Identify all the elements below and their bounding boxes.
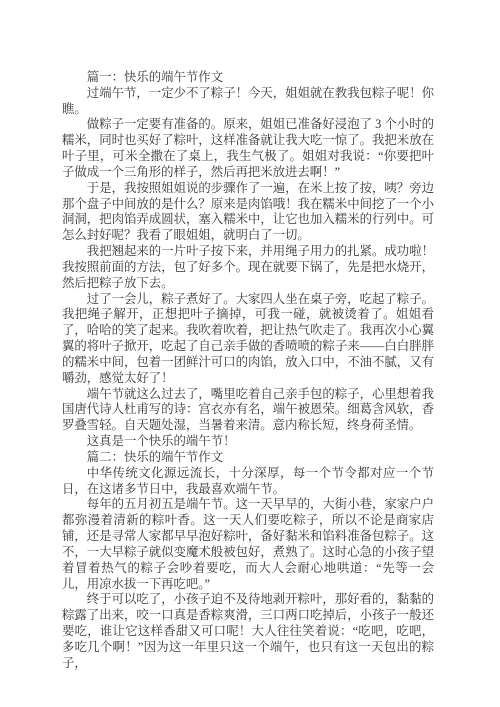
section-title-1: 篇一：快乐的端午节作文 xyxy=(62,70,434,86)
paragraph: 中华传统文化源远流长，十分深厚，每一个节令都对应一个节日，在这诸多节日中，我最喜… xyxy=(62,466,434,498)
paragraph: 每年的五月初五是端午节。这一天早早的，大街小巷，家家户户都弥漫着清新的粽叶香。这… xyxy=(62,497,434,592)
paragraph: 端午节就这么过去了，嘴里吃着自己亲手包的粽子，心里想着我国唐代诗人杜甫写的诗：宫… xyxy=(62,387,434,434)
paragraph: 终于可以吃了，小孩子迫不及待地剥开粽叶，那好看的，黏黏的粽露了出来，咬一口真是香… xyxy=(62,592,434,671)
paragraph: 我把翘起来的一片叶子按下来，并用绳子用力的扎紧。成功啦！我按照前面的方法，包了好… xyxy=(62,244,434,291)
paragraph: 过了一会儿，粽子煮好了。大家四人坐在桌子旁，吃起了粽子。我把绳子解开，正想把叶子… xyxy=(62,292,434,387)
paragraph: 过端午节，一定少不了粽子！今天，姐姐就在教我包粽子呢！你瞧。 xyxy=(62,86,434,118)
paragraph: 于是，我按照姐姐说的步骤作了一遍，在米上按了按，咦？旁边那个盘子中间放的是什么？… xyxy=(62,181,434,244)
essay-text-block: 篇一：快乐的端午节作文过端午节，一定少不了粽子！今天，姐姐就在教我包粽子呢！你瞧… xyxy=(62,70,434,671)
paragraph: 这真是一个快乐的端午节！ xyxy=(62,434,434,450)
paragraph: 做粽子一定要有准备的。原来，姐姐已准备好浸泡了 3 个小时的糯米，同时也买好了粽… xyxy=(62,117,434,180)
document-page: 篇一：快乐的端午节作文过端午节，一定少不了粽子！今天，姐姐就在教我包粽子呢！你瞧… xyxy=(0,0,500,707)
section-title-2: 篇二：快乐的端午节作文 xyxy=(62,450,434,466)
